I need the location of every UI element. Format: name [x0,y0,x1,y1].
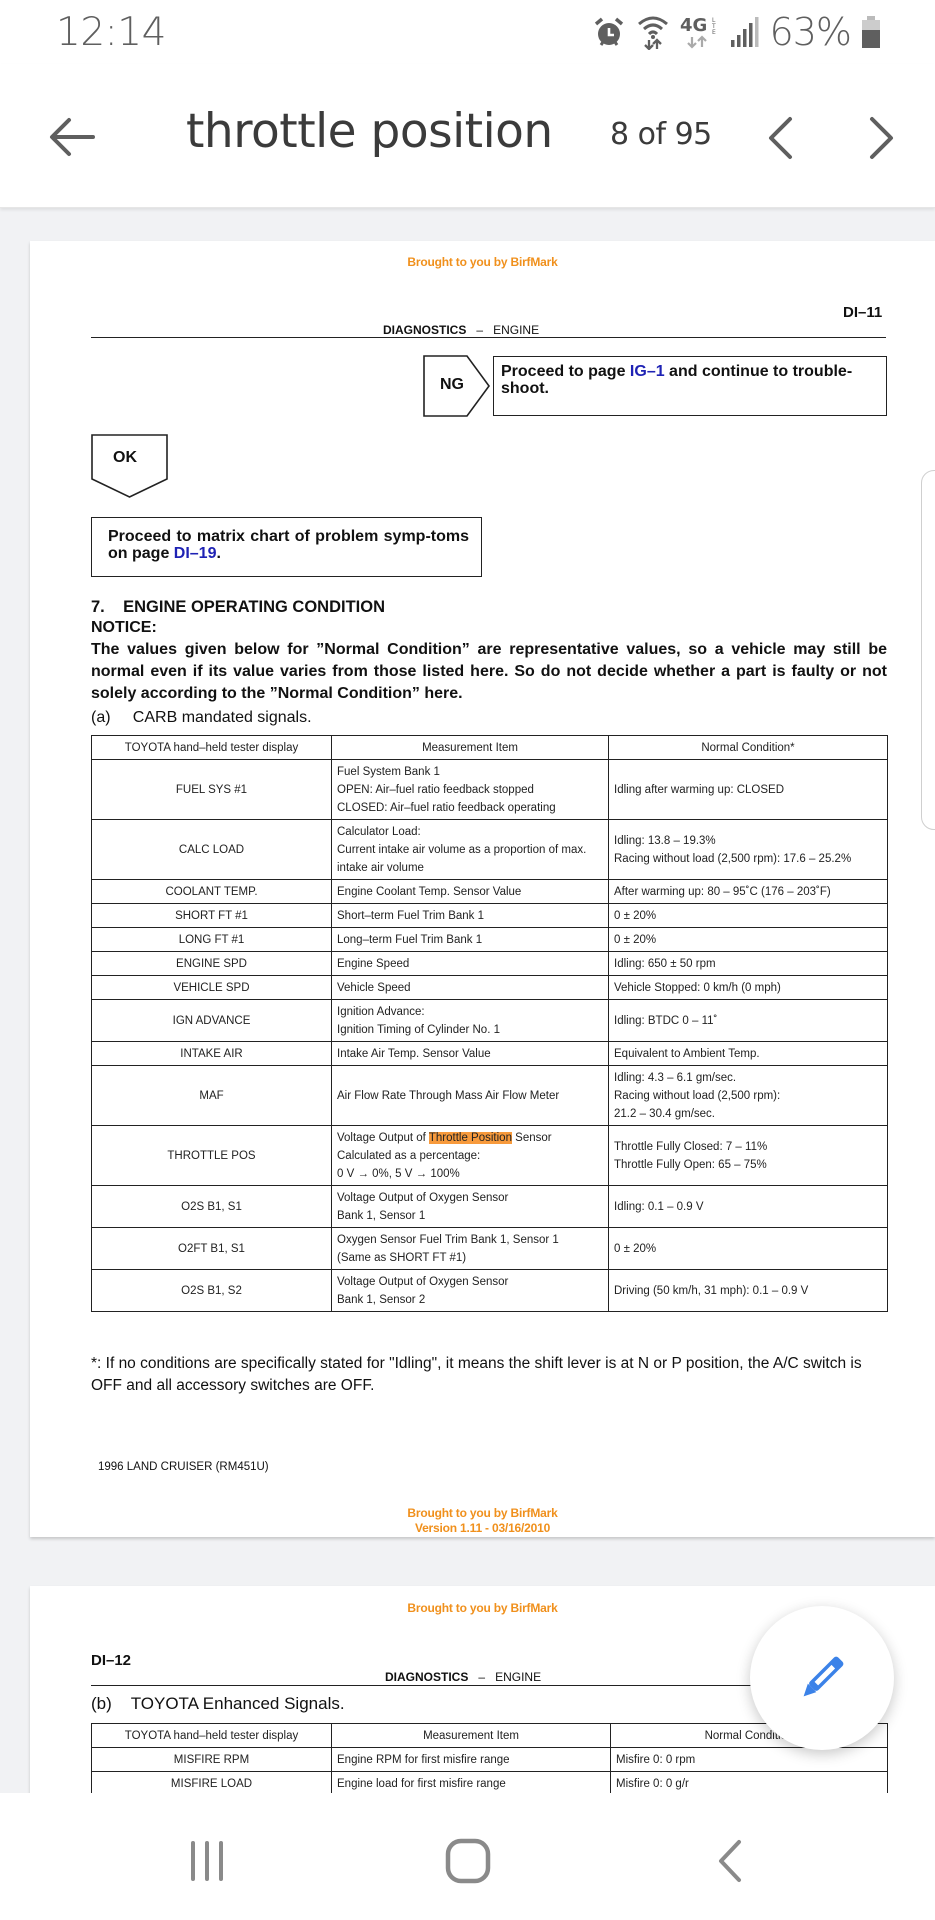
measurement-item-cell: Engine Speed [332,952,609,976]
table-row: ENGINE SPDEngine SpeedIdling: 650 ± 50 r… [92,952,888,976]
tester-display-cell: MISFIRE LOAD [92,1772,332,1794]
notice-label: NOTICE: [91,619,157,637]
chevron-right-icon [868,116,896,160]
column-header: TOYOTA hand–held tester display [92,736,332,760]
search-highlight: Throttle Position [429,1132,512,1144]
table-row: MISFIRE RPMEngine RPM for first misfire … [92,1748,888,1772]
ok-message-box: Proceed to matrix chart of problem symp-… [91,517,482,577]
status-bar: 12:14 4GLTE 63% [0,0,935,64]
normal-condition-cell: Idling after warming up: CLOSED [609,760,888,820]
ok-tag: OK [91,434,169,498]
table-row: FUEL SYS #1Fuel System Bank 1OPEN: Air–f… [92,760,888,820]
measurement-item-cell: Fuel System Bank 1OPEN: Air–fuel ratio f… [332,760,609,820]
column-header: Measurement Item [332,1724,611,1748]
table-row: LONG FT #1Long–term Fuel Trim Bank 10 ± … [92,928,888,952]
section-header: DIAGNOSTICS – ENGINE [383,323,539,337]
tester-display-cell: O2S B1, S2 [92,1270,332,1312]
measurement-item-cell: Short–term Fuel Trim Bank 1 [332,904,609,928]
footnote: *: If no conditions are specifically sta… [91,1353,891,1397]
home-button[interactable] [438,1833,498,1889]
normal-condition-cell: Vehicle Stopped: 0 km/h (0 mph) [609,976,888,1000]
normal-condition-cell: Idling: BTDC 0 – 11˚ [609,1000,888,1042]
signal-icon [730,16,760,48]
table-row: O2S B1, S2Voltage Output of Oxygen Senso… [92,1270,888,1312]
normal-condition-cell: Driving (50 km/h, 31 mph): 0.1 – 0.9 V [609,1270,888,1312]
normal-condition-cell: Misfire 0: 0 rpm [611,1748,888,1772]
normal-condition-cell: Misfire 0: 0 g/r [611,1772,888,1794]
tester-display-cell: VEHICLE SPD [92,976,332,1000]
measurement-item-cell: Ignition Advance:Ignition Timing of Cyli… [332,1000,609,1042]
tester-display-cell: O2FT B1, S1 [92,1228,332,1270]
status-icons: 4GLTE 63% [592,12,881,52]
measurement-item-cell: Engine Coolant Temp. Sensor Value [332,880,609,904]
tester-display-cell: SHORT FT #1 [92,904,332,928]
column-header: Measurement Item [332,736,609,760]
column-header: TOYOTA hand–held tester display [92,1724,332,1748]
table-row: O2S B1, S1Voltage Output of Oxygen Senso… [92,1186,888,1228]
tester-display-cell: FUEL SYS #1 [92,760,332,820]
table-row: INTAKE AIRIntake Air Temp. Sensor ValueE… [92,1042,888,1066]
measurement-item-cell: Oxygen Sensor Fuel Trim Bank 1, Sensor 1… [332,1228,609,1270]
svg-text:4G: 4G [680,15,707,36]
recent-apps-button[interactable] [177,1833,237,1889]
svg-text:E: E [712,29,716,36]
normal-condition-cell: 0 ± 20% [609,1228,888,1270]
page-id: DI–12 [91,1652,131,1669]
back-button[interactable] [44,109,100,165]
tester-display-cell: MAF [92,1066,332,1126]
table-row: IGN ADVANCEIgnition Advance:Ignition Tim… [92,1000,888,1042]
home-icon [445,1838,491,1884]
pencil-icon [794,1650,850,1706]
tester-display-cell: ENGINE SPD [92,952,332,976]
notice-body: The values given below for ”Normal Condi… [91,639,887,705]
section-header: DIAGNOSTICS – ENGINE [385,1670,541,1684]
normal-condition-cell: Idling: 4.3 – 6.1 gm/sec.Racing without … [609,1066,888,1126]
alarm-icon [592,16,626,48]
tester-display-cell: THROTTLE POS [92,1126,332,1186]
arrow-left-icon [49,117,95,157]
ok-label: OK [113,449,137,467]
brand-watermark: Brought to you by BirfMark [30,255,935,270]
normal-condition-cell: Throttle Fully Closed: 7 – 11%Throttle F… [609,1126,888,1186]
normal-condition-cell: 0 ± 20% [609,928,888,952]
version-label: Version 1.11 - 03/16/2010 [30,1521,935,1536]
ig-1-link[interactable]: IG–1 [630,363,665,380]
table-row: O2FT B1, S1Oxygen Sensor Fuel Trim Bank … [92,1228,888,1270]
normal-condition-cell: Idling: 0.1 – 0.9 V [609,1186,888,1228]
tester-display-cell: COOLANT TEMP. [92,880,332,904]
normal-condition-cell: After warming up: 80 – 95˚C (176 – 203˚F… [609,880,888,904]
table-row: THROTTLE POSVoltage Output of Throttle P… [92,1126,888,1186]
tester-display-cell: IGN ADVANCE [92,1000,332,1042]
search-toolbar: throttle position 8 of 95 [0,64,935,208]
table-row: MISFIRE LOADEngine load for first misfir… [92,1772,888,1794]
subsection-a: (a) CARB mandated signals. [91,709,312,727]
column-header: Normal Condition* [609,736,888,760]
section-heading: 7. ENGINE OPERATING CONDITION [91,598,385,617]
enhanced-signals-table: TOYOTA hand–held tester displayMeasureme… [91,1723,888,1793]
status-time: 12:14 [56,10,166,55]
measurement-item-cell: Voltage Output of Throttle Position Sens… [332,1126,609,1186]
vehicle-model: 1996 LAND CRUISER (RM451U) [98,1461,269,1473]
table-row: MAFAir Flow Rate Through Mass Air Flow M… [92,1066,888,1126]
tester-display-cell: LONG FT #1 [92,928,332,952]
back-icon [715,1839,745,1883]
measurement-item-cell: Engine RPM for first misfire range [332,1748,611,1772]
di-19-link[interactable]: DI–19 [174,545,217,562]
edit-fab-button[interactable] [750,1606,894,1750]
normal-condition-cell: Idling: 13.8 – 19.3%Racing without load … [609,820,888,880]
measurement-item-cell: Vehicle Speed [332,976,609,1000]
page-id: DI–11 [843,304,882,321]
measurement-item-cell: Long–term Fuel Trim Bank 1 [332,928,609,952]
brand-watermark-bottom: Brought to you by BirfMark [30,1506,935,1521]
tester-display-cell: CALC LOAD [92,820,332,880]
4g-lte-icon: 4GLTE [680,14,720,50]
table-row: COOLANT TEMP.Engine Coolant Temp. Sensor… [92,880,888,904]
battery-icon [861,15,881,49]
document-viewport[interactable]: Brought to you by BirfMark DI–11 DIAGNOS… [0,208,935,1793]
carb-signals-table: TOYOTA hand–held tester displayMeasureme… [91,735,888,1312]
subsection-b: (b) TOYOTA Enhanced Signals. [91,1694,345,1714]
normal-condition-cell: 0 ± 20% [609,904,888,928]
tester-display-cell: MISFIRE RPM [92,1748,332,1772]
normal-condition-cell: Idling: 650 ± 50 rpm [609,952,888,976]
header-rule [91,337,886,338]
next-match-button[interactable] [858,109,906,167]
measurement-item-cell: Intake Air Temp. Sensor Value [332,1042,609,1066]
measurement-item-cell: Voltage Output of Oxygen SensorBank 1, S… [332,1270,609,1312]
system-navigation-bar [0,1793,935,1920]
measurement-item-cell: Engine load for first misfire range [332,1772,611,1794]
ng-message-box: Proceed to page IG–1 and continue to tro… [493,356,887,416]
match-counter: 8 of 95 [610,117,712,152]
normal-condition-cell: Equivalent to Ambient Temp. [609,1042,888,1066]
table-row: CALC LOADCalculator Load:Current intake … [92,820,888,880]
document-page-di-11: Brought to you by BirfMark DI–11 DIAGNOS… [30,241,935,1537]
tester-display-cell: O2S B1, S1 [92,1186,332,1228]
measurement-item-cell: Voltage Output of Oxygen SensorBank 1, S… [332,1186,609,1228]
tester-display-cell: INTAKE AIR [92,1042,332,1066]
ng-tag: NG [423,355,491,417]
table-row: SHORT FT #1Short–term Fuel Trim Bank 10 … [92,904,888,928]
scroll-handle[interactable] [921,470,935,830]
table-row: VEHICLE SPDVehicle SpeedVehicle Stopped:… [92,976,888,1000]
chevron-left-icon [766,116,794,160]
wifi-icon [636,14,670,50]
system-back-button[interactable] [700,1833,760,1889]
search-query[interactable]: throttle position [186,104,553,159]
battery-percent: 63% [770,10,851,54]
recent-apps-icon [187,1839,227,1883]
measurement-item-cell: Calculator Load:Current intake air volum… [332,820,609,880]
ng-label: NG [440,376,464,394]
measurement-item-cell: Air Flow Rate Through Mass Air Flow Mete… [332,1066,609,1126]
previous-match-button[interactable] [756,109,804,167]
